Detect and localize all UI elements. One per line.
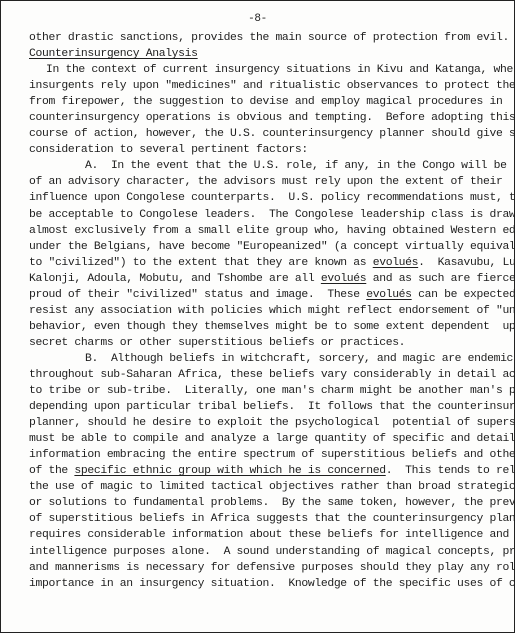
text-line: planner, should he desire to exploit the… xyxy=(29,415,504,431)
text-line: from firepower, the suggestion to devise… xyxy=(29,94,504,110)
text-span: and as such are fiercely xyxy=(366,273,515,285)
text-line: to "civilized") to the extent that they … xyxy=(29,255,504,271)
text-line: course of action, however, the U.S. coun… xyxy=(29,126,504,142)
text-line: behavior, even though they themselves mi… xyxy=(29,319,504,335)
text-line: insurgents rely upon "medicines" and rit… xyxy=(29,78,504,94)
document-page: -8- other drastic sanctions, provides th… xyxy=(0,0,515,633)
text-line: other drastic sanctions, provides the ma… xyxy=(29,30,504,46)
text-line: must be able to compile and analyze a la… xyxy=(29,431,504,447)
underlined-text: evolués xyxy=(321,273,366,285)
text-line: counterinsurgency operations is obvious … xyxy=(29,110,504,126)
text-span: to "civilized") to the extent that they … xyxy=(29,257,373,269)
text-line: the use of magic to limited tactical obj… xyxy=(29,479,504,495)
section-heading: Counterinsurgency Analysis xyxy=(29,46,504,62)
document-body: other drastic sanctions, provides the ma… xyxy=(29,30,504,592)
text-line: under the Belgians, have become "Europea… xyxy=(29,239,504,255)
text-line: of the specific ethnic group with which … xyxy=(29,463,504,479)
text-span: proud of their "civilized" status and im… xyxy=(29,289,366,301)
text-line: importance in an insurgency situation. K… xyxy=(29,576,504,592)
text-line: B. Although beliefs in witchcraft, sorce… xyxy=(29,351,504,367)
section-heading-text: Counterinsurgency Analysis xyxy=(29,48,198,60)
text-line: Kalonji, Adoula, Mobutu, and Tshombe are… xyxy=(29,271,504,287)
text-line: secret charms or other superstitious bel… xyxy=(29,335,504,351)
text-line: almost exclusively from a small elite gr… xyxy=(29,223,504,239)
underlined-text: evolués xyxy=(366,289,411,301)
text-line: be acceptable to Congolese leaders. The … xyxy=(29,207,504,223)
text-span: . This tends to relegate xyxy=(386,465,515,477)
text-span: Kalonji, Adoula, Mobutu, and Tshombe are… xyxy=(29,273,321,285)
text-line: and mannerisms is necessary for defensiv… xyxy=(29,560,504,576)
text-line: intelligence purposes alone. A sound und… xyxy=(29,544,504,560)
page-number: -8- xyxy=(1,13,514,25)
text-span: of the xyxy=(29,465,74,477)
text-line: In the context of current insurgency sit… xyxy=(29,62,504,78)
text-line: consideration to several pertinent facto… xyxy=(29,142,504,158)
text-line: or solutions to fundamental problems. By… xyxy=(29,495,504,511)
text-line: resist any association with policies whi… xyxy=(29,303,504,319)
text-line: throughout sub-Saharan Africa, these bel… xyxy=(29,367,504,383)
underlined-text: specific ethnic group with which he is c… xyxy=(74,465,385,477)
text-line: of superstitious beliefs in Africa sugge… xyxy=(29,511,504,527)
text-line: proud of their "civilized" status and im… xyxy=(29,287,504,303)
text-line: of an advisory character, the advisors m… xyxy=(29,174,504,190)
text-line: to tribe or sub-tribe. Literally, one ma… xyxy=(29,383,504,399)
text-span: can be expected to xyxy=(412,289,515,301)
text-line: information embracing the entire spectru… xyxy=(29,447,504,463)
text-span: . Kasavubu, Lumumba, xyxy=(418,257,515,269)
text-line: requires considerable information about … xyxy=(29,527,504,543)
underlined-text: evolués xyxy=(373,257,418,269)
text-line: depending upon particular tribal beliefs… xyxy=(29,399,504,415)
text-line: A. In the event that the U.S. role, if a… xyxy=(29,158,504,174)
text-line: influence upon Congolese counterparts. U… xyxy=(29,190,504,206)
